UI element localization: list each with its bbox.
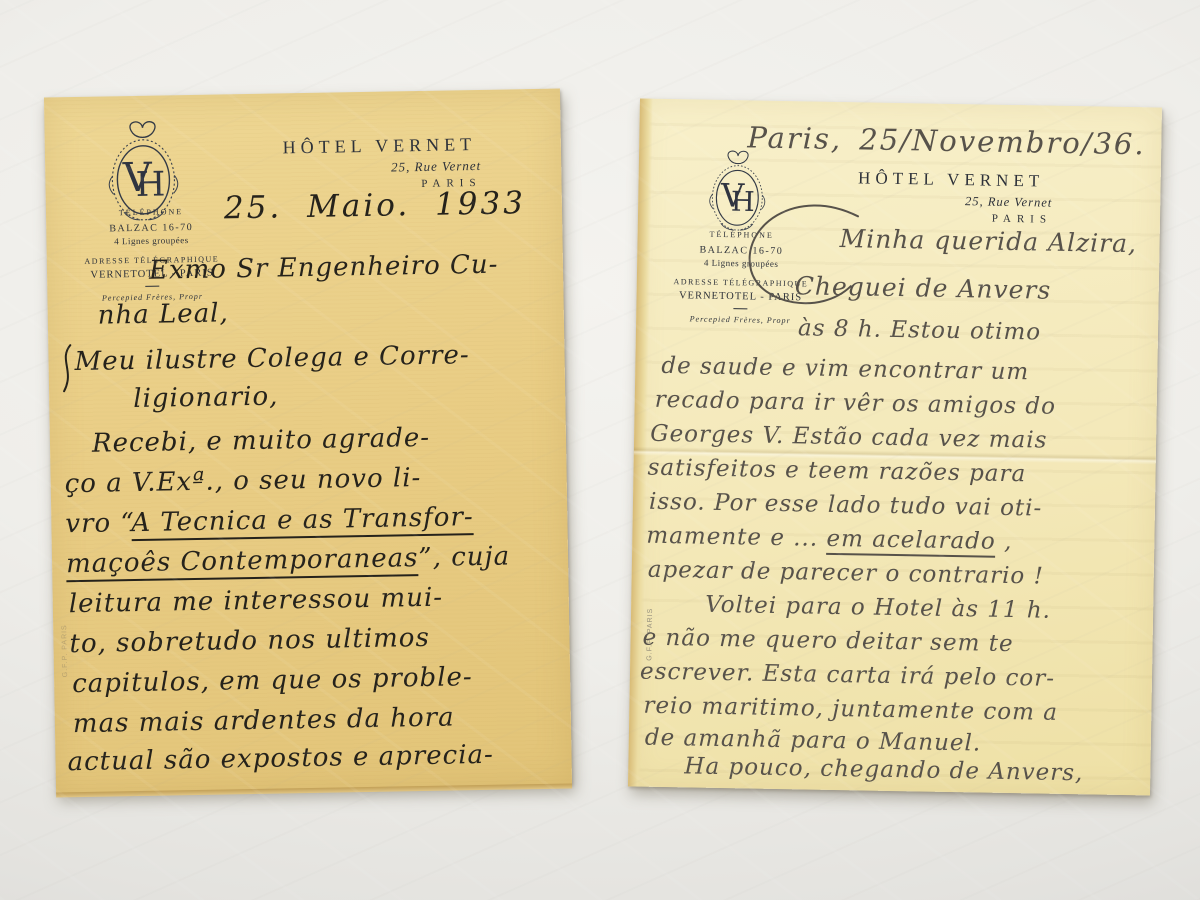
handwriting-line: capitulos, em que os proble-	[72, 662, 473, 699]
svg-text:H: H	[135, 164, 165, 205]
hotel-street: 25, Rue Vernet	[295, 158, 481, 177]
handwriting-line: nha Leal,	[98, 298, 230, 330]
letter-date: Paris, 25/Novembro/36.	[747, 120, 1146, 161]
handwriting-line: vro “A Tecnica e as Transfor-	[65, 502, 474, 539]
photo-background: V H HÔTEL VERNET 25, Rue Vernet PARIS 25…	[0, 0, 1200, 900]
handwriting-line: Recebi, e muito agrade-	[92, 423, 431, 459]
letter-date: 25. Maio. 1933	[224, 185, 527, 226]
divider	[145, 286, 159, 287]
handwriting-line: Exmo Sr Engenheiro Cu-	[149, 250, 499, 286]
handwriting-line: to, sobretudo nos ultimos	[69, 623, 430, 659]
letter-right-page: Paris, 25/Novembro/36. V H HÔTEL VERNET …	[628, 98, 1162, 795]
handwriting-line: leitura me interessou mui-	[69, 583, 444, 620]
hotel-name: HÔTEL VERNET	[849, 168, 1054, 192]
printer-mark: G.F.P. PARIS	[646, 608, 654, 661]
printer-mark: G.F.P. PARIS	[61, 624, 69, 677]
hotel-city: PARIS	[866, 210, 1052, 225]
handwriting-line: Cheguei de Anvers	[795, 271, 1052, 304]
handwriting-line: apezar de parecer o contrario !	[648, 557, 1044, 590]
handwriting-line: Meu ilustre Colega e Corre-	[74, 340, 470, 377]
handwriting-line: maçoês Contemporaneas”, cuja	[66, 541, 511, 579]
phone-number: BALZAC 16-70	[70, 221, 232, 235]
handwriting-line: Voltei para o Hotel às 11 h.	[705, 592, 1051, 624]
letter-left-page: V H HÔTEL VERNET 25, Rue Vernet PARIS 25…	[44, 89, 572, 794]
handwriting-line: ço a V.Exª., o seu novo li-	[64, 463, 421, 499]
handwriting-line: e não me quero deitar sem te	[642, 625, 1013, 657]
handwriting-line: actual são expostos e aprecia-	[67, 740, 494, 777]
handwriting-line: Minha querida Alzira,	[839, 224, 1137, 258]
handwriting-line: às 8 h. Estou otimo	[798, 315, 1042, 345]
handwriting-line: mamente e ... em acelarado ,	[646, 523, 1012, 555]
handwriting-line: reio maritimo, juntamente com a	[643, 693, 1058, 726]
hotel-name: HÔTEL VERNET	[277, 134, 482, 159]
phone-label: TÉLÉPHONE	[70, 206, 232, 218]
phone-note: 4 Lignes groupées	[70, 234, 232, 247]
handwriting-line: de amanhã para o Manuel.	[645, 725, 982, 757]
handwriting-line: de saude e vim encontrar um	[661, 353, 1029, 385]
handwriting-line: escrever. Esta carta irá pelo cor-	[640, 659, 1055, 692]
hotel-street: 25, Rue Vernet	[866, 192, 1052, 210]
handwriting-line: Ha pouco, chegando de Anvers,	[684, 753, 1083, 786]
handwriting-line: recado para ir vêr os amigos do	[655, 387, 1057, 420]
handwriting-line: mas mais ardentes da hora	[73, 702, 455, 739]
handwriting-line: ligionario,	[133, 382, 279, 415]
handwriting-line: isso. Por esse lado tudo vai oti-	[649, 489, 1043, 522]
handwriting-line: satisfeitos e teem razões para	[647, 455, 1026, 488]
